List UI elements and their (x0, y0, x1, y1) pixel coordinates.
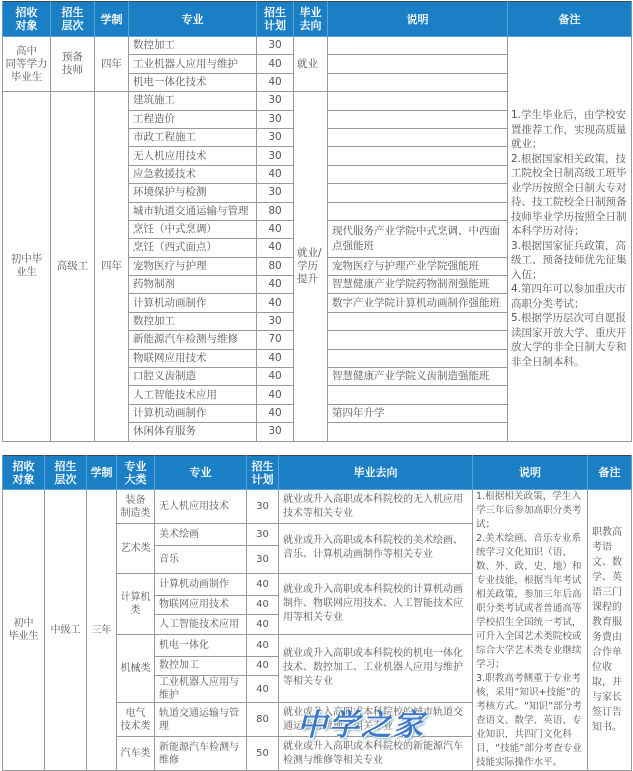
cell-target: 高中 同等学力 毕业生 (3, 37, 51, 92)
cell-target: 初中毕 业生 (3, 92, 51, 441)
cell-plan: 30 (257, 312, 294, 330)
header-level: 招生 层次 (45, 456, 87, 490)
cell-description (328, 184, 508, 202)
cell-description (328, 165, 508, 183)
cell-plan: 30 (247, 524, 279, 546)
cell-major: 烹饪（中式烹调） (129, 220, 257, 238)
cell-major: 市政工程施工 (129, 128, 257, 146)
cell-description (328, 92, 508, 110)
cell-plan: 40 (247, 595, 279, 615)
cell-category: 艺术类 (117, 524, 155, 574)
header-major: 专业 (129, 2, 257, 37)
cell-description (328, 128, 508, 146)
cell-major: 工程造价 (129, 110, 257, 128)
cell-plan: 30 (257, 147, 294, 165)
cell-plan: 40 (257, 55, 294, 73)
cell-plan: 40 (257, 386, 294, 404)
cell-major: 音乐 (155, 545, 247, 573)
cell-description (328, 110, 508, 128)
cell-remarks: 1.学生毕业后，由学校安置推荐工作，实现高质量就业； 2.根据国家相关政策，技工… (508, 37, 632, 442)
cell-plan: 80 (257, 202, 294, 220)
cell-description (328, 349, 508, 367)
cell-plan: 30 (257, 37, 294, 55)
cell-destination: 就业或升入高职或本科院校的美术绘画、音乐、计算机动画制作等相关专业 (279, 524, 473, 574)
cell-plan: 40 (257, 294, 294, 312)
header-target: 招收 对象 (3, 2, 51, 37)
header-target: 招收 对象 (3, 456, 45, 490)
cell-major: 物联网应用技术 (155, 595, 247, 615)
cell-major: 数控加工 (129, 37, 257, 55)
header-destination: 毕业 去向 (294, 2, 328, 37)
cell-plan: 40 (257, 404, 294, 422)
cell-major: 应急救援技术 (129, 165, 257, 183)
cell-major: 药物制剂 (129, 276, 257, 294)
cell-level: 中级工 (45, 490, 87, 746)
cell-major: 新能源汽车检测与维修 (155, 737, 247, 746)
cell-plan: 40 (257, 368, 294, 386)
header-duration: 学制 (87, 456, 117, 490)
header-level: 招生 层次 (51, 2, 95, 37)
cell-plan: 40 (247, 573, 279, 595)
cell-level: 高级工 (51, 92, 95, 441)
cell-major: 新能源汽车检测与维修 (129, 331, 257, 349)
cell-plan: 80 (247, 703, 279, 737)
table-row: 初中 毕业生中级工三年装备 制造类无人机应用技术30就业或升入高职或本科院校的无… (3, 490, 632, 524)
cell-major: 机电一体化技术 (129, 73, 257, 91)
cell-description: 智慧健康产业学院义齿制造强能班 (328, 368, 508, 386)
cell-category: 电气 技术类 (117, 703, 155, 737)
header-major: 专业 (155, 456, 247, 490)
cell-plan: 30 (247, 490, 279, 524)
cell-plan: 40 (257, 276, 294, 294)
header-plan: 招生 计划 (257, 2, 294, 37)
cell-plan: 30 (257, 184, 294, 202)
cell-major: 美术绘画 (155, 524, 247, 546)
cell-major: 人工智能技术应用 (129, 386, 257, 404)
cell-description (328, 55, 508, 73)
cell-destination: 就业 (294, 37, 328, 92)
cell-plan: 50 (247, 737, 279, 746)
cell-major: 计算机动画制作 (129, 294, 257, 312)
cell-destination: 就业或升入高职或本科院校的计算机动画制作、物联网应用技术、人工智能技术应用等相关… (279, 573, 473, 634)
cell-plan: 40 (247, 676, 279, 703)
cell-plan: 40 (257, 73, 294, 91)
cell-plan: 40 (247, 615, 279, 635)
cell-description: 1.根据相关政策，学生入学三年后参加高职分类考试； 2.美术绘画、音乐专业系统学… (473, 490, 588, 746)
cell-description (328, 331, 508, 349)
cell-description: 宠物医疗与护理产业学院强能班 (328, 257, 508, 275)
cell-description: 第四年升学 (328, 404, 508, 422)
cell-description (328, 386, 508, 404)
cell-major: 轨道交通运输与管理 (155, 703, 247, 737)
header-remarks: 备注 (588, 456, 632, 490)
cell-major: 工业机器人应用与维护 (155, 676, 247, 703)
cell-major: 休闲体育服务 (129, 423, 257, 441)
cell-major: 城市轨道交通运输与管理 (129, 202, 257, 220)
cell-plan: 30 (257, 92, 294, 110)
header-description: 说明 (328, 2, 508, 37)
cell-plan: 40 (257, 239, 294, 257)
cell-plan: 30 (257, 423, 294, 441)
cell-plan: 30 (247, 545, 279, 573)
header-plan: 招生 计划 (247, 456, 279, 490)
cell-major: 烹饪（西式面点） (129, 239, 257, 257)
cell-level: 预备 技师 (51, 37, 95, 92)
cell-category: 汽车类 (117, 737, 155, 746)
cell-destination: 就业/ 学历 提升 (294, 92, 328, 441)
cell-plan: 40 (257, 165, 294, 183)
cell-duration: 四年 (95, 92, 129, 441)
header-category: 专业 大类 (117, 456, 155, 490)
cell-description (328, 312, 508, 330)
header-remarks: 备注 (508, 2, 632, 37)
cell-category: 机械类 (117, 634, 155, 702)
cell-description (328, 37, 508, 55)
cell-plan: 40 (247, 656, 279, 676)
cell-destination: 就业或升入高职或本科院校的机电一体化技术、数控加工、工业机器人应用与维护等相关专… (279, 634, 473, 702)
cell-major: 数控加工 (155, 656, 247, 676)
cell-major: 无人机应用技术 (155, 490, 247, 524)
cell-target: 初中 毕业生 (3, 490, 45, 746)
cell-major: 环境保护与检测 (129, 184, 257, 202)
cell-major: 计算机动画制作 (155, 573, 247, 595)
cell-category: 装备 制造类 (117, 490, 155, 524)
cell-description: 数字产业学院计算机动画制作强能班 (328, 294, 508, 312)
cell-major: 数控加工 (129, 312, 257, 330)
cell-description (328, 423, 508, 441)
cell-description (328, 147, 508, 165)
cell-destination: 就业或升入高职或本科院校的无人机应用技术等相关专业 (279, 490, 473, 524)
cell-duration: 三年 (87, 490, 117, 746)
cell-major: 口腔义齿制造 (129, 368, 257, 386)
cell-major: 计算机动画制作 (129, 404, 257, 422)
cell-category: 计算机 类 (117, 573, 155, 634)
cell-plan: 30 (257, 128, 294, 146)
cell-plan: 40 (257, 349, 294, 367)
header-description: 说明 (473, 456, 588, 490)
cell-description (328, 73, 508, 91)
cell-major: 物联网应用技术 (129, 349, 257, 367)
cell-plan: 30 (257, 110, 294, 128)
cell-remarks: 职教高考语文、数学、英语三门课程的教育服务费由合作单位收取，并与家长签订告知书。 (588, 490, 632, 746)
header-duration: 学制 (95, 2, 129, 37)
cell-description: 智慧健康产业学院药物制剂强能班 (328, 276, 508, 294)
cell-plan: 40 (257, 220, 294, 238)
cell-plan: 70 (257, 331, 294, 349)
cell-description: 现代服务产业学院中式烹调、中西面点强能班 (328, 220, 508, 257)
cell-major: 工业机器人应用与维护 (129, 55, 257, 73)
cell-major: 建筑施工 (129, 92, 257, 110)
cell-major: 宠物医疗与护理 (129, 257, 257, 275)
cell-description (328, 202, 508, 220)
enrollment-table-1: 招收 对象 招生 层次 学制 专业 招生 计划 毕业 去向 说明 备注 高中 同… (2, 1, 632, 442)
cell-plan: 80 (257, 257, 294, 275)
table-row: 高中 同等学力 毕业生预备 技师四年数控加工30就业1.学生毕业后，由学校安置推… (3, 37, 632, 55)
cell-major: 人工智能技术应用 (155, 615, 247, 635)
watermark-logo: 中学之家 (297, 700, 425, 744)
cell-duration: 四年 (95, 37, 129, 92)
cell-major: 机电一体化 (155, 634, 247, 656)
header-destination: 毕业去向 (279, 456, 473, 490)
cell-plan: 40 (247, 634, 279, 656)
cell-major: 无人机应用技术 (129, 147, 257, 165)
